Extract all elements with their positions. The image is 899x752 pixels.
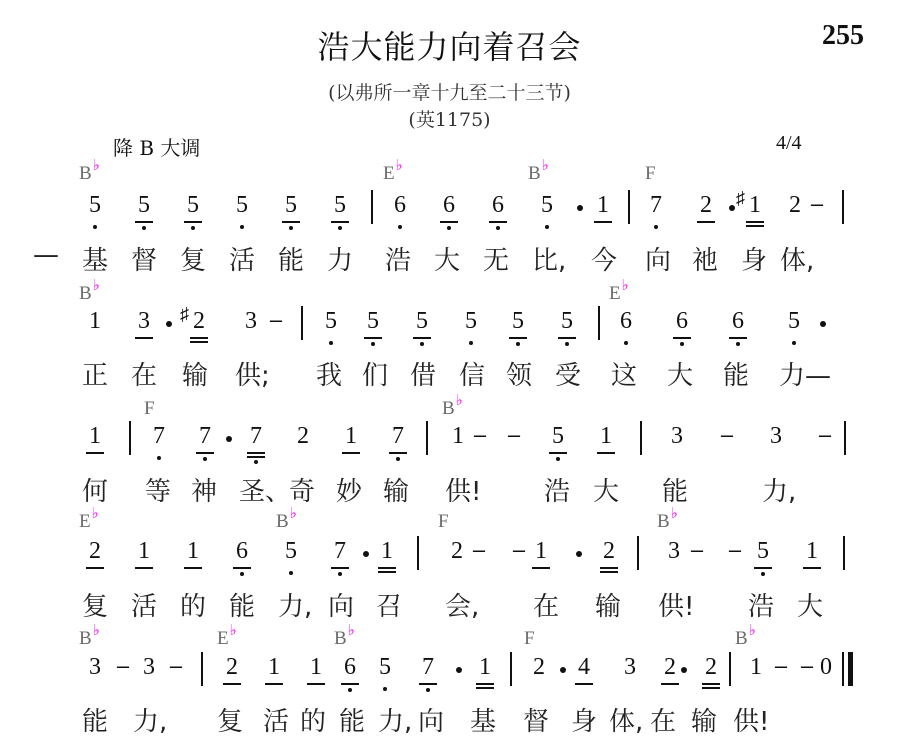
lyric-syllable: 体, [609,701,643,738]
barline [842,652,844,686]
jianpu-note: 5 [231,192,253,219]
note-digit: 2 [603,538,615,564]
lyric-syllable: 输 [383,471,409,508]
lyric-syllable: 神 [191,471,217,508]
jianpu-note: 1 [801,538,823,565]
lyric-syllable: 输 [595,586,621,623]
barline [843,536,845,570]
jianpu-note: 5 [411,308,433,335]
jianpu-note: 5 [556,308,578,335]
jianpu-note: 1 [592,192,614,219]
lyric-syllable: 比, [532,240,566,277]
low-octave-dot [240,225,244,229]
chord-root: B [735,628,748,649]
low-octave-dot [447,226,451,230]
lyric-syllable: 身 [571,701,597,738]
underline-beam [419,683,437,685]
underline-beam [600,571,618,573]
chord-symbol: E♭ [217,628,237,650]
underline-beam [378,567,396,569]
underline-beam [729,337,747,339]
underline-beam [342,452,360,454]
jianpu-note: 5 [329,192,351,219]
note-digit: 1 [381,538,393,564]
jianpu-note: 1 [530,538,552,565]
note-digit: 6 [344,654,356,680]
jianpu-note: 2♯ [188,308,210,335]
barline [510,652,512,686]
barline [598,306,600,340]
low-octave-dot [93,225,97,229]
low-octave-dot [240,572,244,576]
lyric-syllable: 能 [278,240,304,277]
note-digit: 2 [226,654,238,680]
lyric-syllable: 基 [470,701,496,738]
note-digit: 5 [541,192,553,218]
chord-symbol: B♭ [442,398,463,420]
low-octave-dot [792,341,796,345]
note-digit: 2 [664,654,676,680]
underline-beam [247,452,265,454]
jianpu-note: 2 [292,423,314,450]
barline [417,536,419,570]
underline-beam [196,452,214,454]
low-octave-dot [654,225,658,229]
underline-beam [331,221,349,223]
dash-extension: – [112,653,134,679]
underline-beam [331,567,349,569]
jianpu-note: 1 [305,654,327,681]
barline [640,421,642,455]
note-digit: 5 [465,308,477,334]
underline-beam [702,687,720,689]
lyric-syllable: 力 [327,240,353,277]
chord-root: F [524,628,535,649]
jianpu-note: 7 [329,538,351,565]
note-digit: 5 [552,423,564,449]
underline-beam [86,452,104,454]
underline-beam [575,683,593,685]
low-octave-dot [398,225,402,229]
jianpu-note: 6 [727,308,749,335]
jianpu-note: 3 [240,308,262,335]
note-digit: 7 [250,423,262,449]
note-digit: 5 [788,308,800,334]
underline-beam [600,567,618,569]
note-digit: 1 [597,192,609,218]
jianpu-note: 4 [573,654,595,681]
chord-root: F [438,511,449,532]
note-digit: 7 [153,423,165,449]
sharp-icon: ♯ [736,188,745,209]
underline-beam [265,683,283,685]
lyric-syllable: 在 [533,586,559,623]
hymn-number: 255 [822,20,864,52]
note-digit: 5 [89,192,101,218]
lyric-syllable: 督 [523,701,549,738]
lyric-syllable: 的 [180,586,206,623]
barline [371,190,373,224]
jianpu-note: 0 [815,654,837,681]
lyric-syllable: 在 [650,701,676,738]
flat-icon: ♭ [290,506,297,522]
jianpu-note: 1 [447,423,469,450]
barline [301,306,303,340]
low-octave-dot [371,342,375,346]
underline-beam [184,567,202,569]
flat-icon: ♭ [348,623,355,639]
underline-beam [389,452,407,454]
underline-beam [673,337,691,339]
underline-beam [364,337,382,339]
note-digit: 6 [676,308,688,334]
low-octave-dot [420,342,424,346]
note-digit: 5 [334,192,346,218]
lyric-syllable: 复 [180,240,206,277]
lyric-syllable: 活 [229,240,255,277]
underline-beam [86,567,104,569]
low-octave-dot [254,460,258,464]
note-digit: 5 [416,308,428,334]
lyric-syllable: 大 [667,355,693,392]
underline-beam [190,337,208,339]
underline-beam [233,567,251,569]
lyric-syllable: 会, [445,586,479,623]
underline-beam [223,683,241,685]
low-octave-dot [516,342,520,346]
note-digit: 7 [334,538,346,564]
jianpu-note: 2 [84,538,106,565]
lyric-syllable: 今 [591,240,617,277]
flat-icon: ♭ [671,506,678,522]
lyric-syllable: 浩 [748,586,774,623]
jianpu-note: 2 [784,192,806,219]
note-digit: 3 [770,423,782,449]
chord-root: B [79,163,92,184]
low-octave-dot [338,226,342,230]
jianpu-note: 2 [446,538,468,565]
lyric-syllable: 领 [506,355,532,392]
dash-extension: – [469,422,491,448]
chord-symbol: B♭ [657,511,678,533]
underline-beam [594,221,612,223]
note-digit: 6 [443,192,455,218]
underline-beam [247,456,265,458]
lyric-syllable: 力, [762,471,796,508]
lyric-syllable: 活 [263,701,289,738]
jianpu-note: 2 [221,654,243,681]
chord-root: E [383,163,395,184]
jianpu-note: 6 [231,538,253,565]
low-octave-dot [624,341,628,345]
barline [729,652,731,686]
jianpu-note: 1 [376,538,398,565]
jianpu-note: 3 [619,654,641,681]
lyric-syllable: 力— [779,355,831,392]
dash-extension: – [503,422,525,448]
note-digit: 3 [138,308,150,334]
jianpu-note: 5 [536,192,558,219]
note-digit: 3 [143,654,155,680]
jianpu-note: 1 [182,538,204,565]
augmentation-dot [226,436,232,442]
augmentation-dot [820,321,826,327]
low-octave-dot [426,688,430,692]
note-digit: 6 [394,192,406,218]
chord-root: B [334,628,347,649]
lyric-syllable: 借 [410,355,436,392]
lyric-syllable: 浩 [385,240,411,277]
note-digit: 6 [620,308,632,334]
low-octave-dot [383,687,387,691]
underline-beam [282,221,300,223]
jianpu-note: 5 [783,308,805,335]
jianpu-note: 5 [547,423,569,450]
low-octave-dot [736,342,740,346]
note-digit: 2 [193,308,205,334]
underline-beam [532,567,550,569]
lyric-syllable: 能 [339,701,365,738]
low-octave-dot [289,226,293,230]
jianpu-note: 5 [752,538,774,565]
low-octave-dot [496,226,500,230]
lyric-syllable: 供! [445,471,481,508]
jianpu-note: 3 [765,423,787,450]
chord-root: B [276,511,289,532]
lyric-syllable: 奇 [289,471,315,508]
lyric-syllable: 向 [645,240,671,277]
low-octave-dot [469,341,473,345]
underline-beam [135,337,153,339]
jianpu-note: 6 [487,192,509,219]
note-digit: 7 [422,654,434,680]
note-digit: 5 [561,308,573,334]
lyric-syllable: 受 [555,355,581,392]
lyric-syllable: 向 [328,586,354,623]
flat-icon: ♭ [542,158,549,174]
chord-root: E [217,628,229,649]
note-digit: 1 [187,538,199,564]
chord-symbol: B♭ [79,283,100,305]
chord-symbol: B♭ [528,163,549,185]
jianpu-note: 2 [598,538,620,565]
jianpu-note: 6 [671,308,693,335]
note-digit: 5 [512,308,524,334]
low-octave-dot [191,226,195,230]
note-digit: 2 [700,192,712,218]
dash-extension: – [770,653,792,679]
jianpu-note: 3 [666,423,688,450]
note-digit: 3 [668,538,680,564]
low-octave-dot [348,688,352,692]
underline-beam [661,683,679,685]
augmentation-dot [560,667,566,673]
jianpu-note: 7 [417,654,439,681]
flat-icon: ♭ [92,506,99,522]
lyric-syllable: 浩 [544,471,570,508]
chord-root: B [528,163,541,184]
lyric-syllable: 召 [376,586,402,623]
low-octave-dot [157,456,161,460]
barline [842,190,844,224]
underline-beam [754,567,772,569]
augmentation-dot [576,551,582,557]
note-digit: 1 [89,423,101,449]
flat-icon: ♭ [456,393,463,409]
note-digit: 1 [749,192,761,218]
note-digit: 2 [451,538,463,564]
final-barline [848,652,853,686]
key-signature: 降 B 大调 [113,132,200,161]
note-digit: 1 [750,654,762,680]
augmentation-dot [456,667,462,673]
jianpu-note: 3 [138,654,160,681]
flat-icon: ♭ [396,158,403,174]
chord-root: B [79,283,92,304]
augmentation-dot [363,551,369,557]
low-octave-dot [289,571,293,575]
chord-symbol: F [645,163,656,185]
jianpu-note: 7 [245,423,267,450]
note-digit: 5 [285,538,297,564]
underline-beam [378,571,396,573]
jianpu-note: 5 [280,192,302,219]
low-octave-dot [680,342,684,346]
note-digit: 3 [671,423,683,449]
underline-beam [476,687,494,689]
low-octave-dot [329,341,333,345]
low-octave-dot [142,226,146,230]
low-octave-dot [565,342,569,346]
underline-beam [489,221,507,223]
underline-beam [476,683,494,685]
barline [129,421,131,455]
lyric-syllable: 大 [797,586,823,623]
underline-beam [746,225,764,227]
dash-extension: – [165,653,187,679]
dash-extension: – [814,422,836,448]
note-digit: 5 [367,308,379,334]
chord-symbol: E♭ [79,511,99,533]
underline-beam [509,337,527,339]
lyric-syllable: 能 [82,701,108,738]
jianpu-note: 1 [745,654,767,681]
dash-extension: – [686,537,708,563]
lyric-syllable: 活 [131,586,157,623]
lyric-syllable: 妙 [336,471,362,508]
chord-root: F [645,163,656,184]
lyric-syllable: 力, [278,586,312,623]
jianpu-note: 1♯ [744,192,766,219]
note-digit: 6 [236,538,248,564]
note-digit: 5 [325,308,337,334]
dash-extension: – [724,537,746,563]
chord-root: E [609,283,621,304]
dash-extension: – [716,422,738,448]
underline-beam [307,683,325,685]
flat-icon: ♭ [622,278,629,294]
note-digit: 1 [479,654,491,680]
underline-beam [440,221,458,223]
lyric-syllable: 复 [82,586,108,623]
note-digit: 7 [650,192,662,218]
note-digit: 2 [297,423,309,449]
note-digit: 5 [187,192,199,218]
low-octave-dot [556,457,560,461]
chord-root: B [79,628,92,649]
underline-beam [702,683,720,685]
low-octave-dot [203,457,207,461]
note-digit: 1 [268,654,280,680]
sharp-icon: ♯ [180,304,189,325]
lyric-syllable: 我 [316,355,342,392]
augmentation-dot [681,667,687,673]
jianpu-note: 1 [595,423,617,450]
chord-root: B [657,511,670,532]
jianpu-note: 5 [362,308,384,335]
scripture-reference: (以弗所一章十九至二十三节) [0,78,899,105]
jianpu-note: 6 [615,308,637,335]
flat-icon: ♭ [93,158,100,174]
note-digit: 4 [578,654,590,680]
chord-symbol: E♭ [609,283,629,305]
lyric-syllable: 大 [434,240,460,277]
jianpu-note: 6 [339,654,361,681]
chord-symbol: E♭ [383,163,403,185]
note-digit: 1 [310,654,322,680]
lyric-syllable: 的 [300,701,326,738]
note-digit: 1 [535,538,547,564]
jianpu-note: 1 [133,538,155,565]
jianpu-note: 5 [182,192,204,219]
jianpu-note: 2 [695,192,717,219]
chord-symbol: B♭ [79,628,100,650]
low-octave-dot [396,457,400,461]
note-digit: 6 [492,192,504,218]
barline [426,421,428,455]
dash-extension: – [806,191,828,217]
lyric-syllable: 正 [82,355,108,392]
jianpu-note: 6 [389,192,411,219]
jianpu-note: 7 [148,423,170,450]
underline-beam [190,341,208,343]
note-digit: 6 [732,308,744,334]
underline-beam [558,337,576,339]
lyric-syllable: 大 [593,471,619,508]
jianpu-note: 1 [340,423,362,450]
chord-symbol: B♭ [79,163,100,185]
lyric-syllable: 信 [459,355,485,392]
note-digit: 1 [345,423,357,449]
lyric-syllable: 向 [418,701,444,738]
note-digit: 1 [138,538,150,564]
underline-beam [597,452,615,454]
chord-root: F [144,398,155,419]
underline-beam [135,221,153,223]
chord-root: B [442,398,455,419]
lyric-syllable: 力, [133,701,167,738]
lyric-syllable: 供! [658,586,694,623]
note-digit: 3 [245,308,257,334]
note-digit: 0 [820,654,832,680]
jianpu-note: 5 [320,308,342,335]
flat-icon: ♭ [230,623,237,639]
dash-extension: – [508,537,530,563]
lyric-syllable: 基 [82,240,108,277]
lyric-syllable: 能 [662,471,688,508]
lyric-syllable: 祂 [692,240,718,277]
lyric-syllable: 供! [733,701,769,738]
